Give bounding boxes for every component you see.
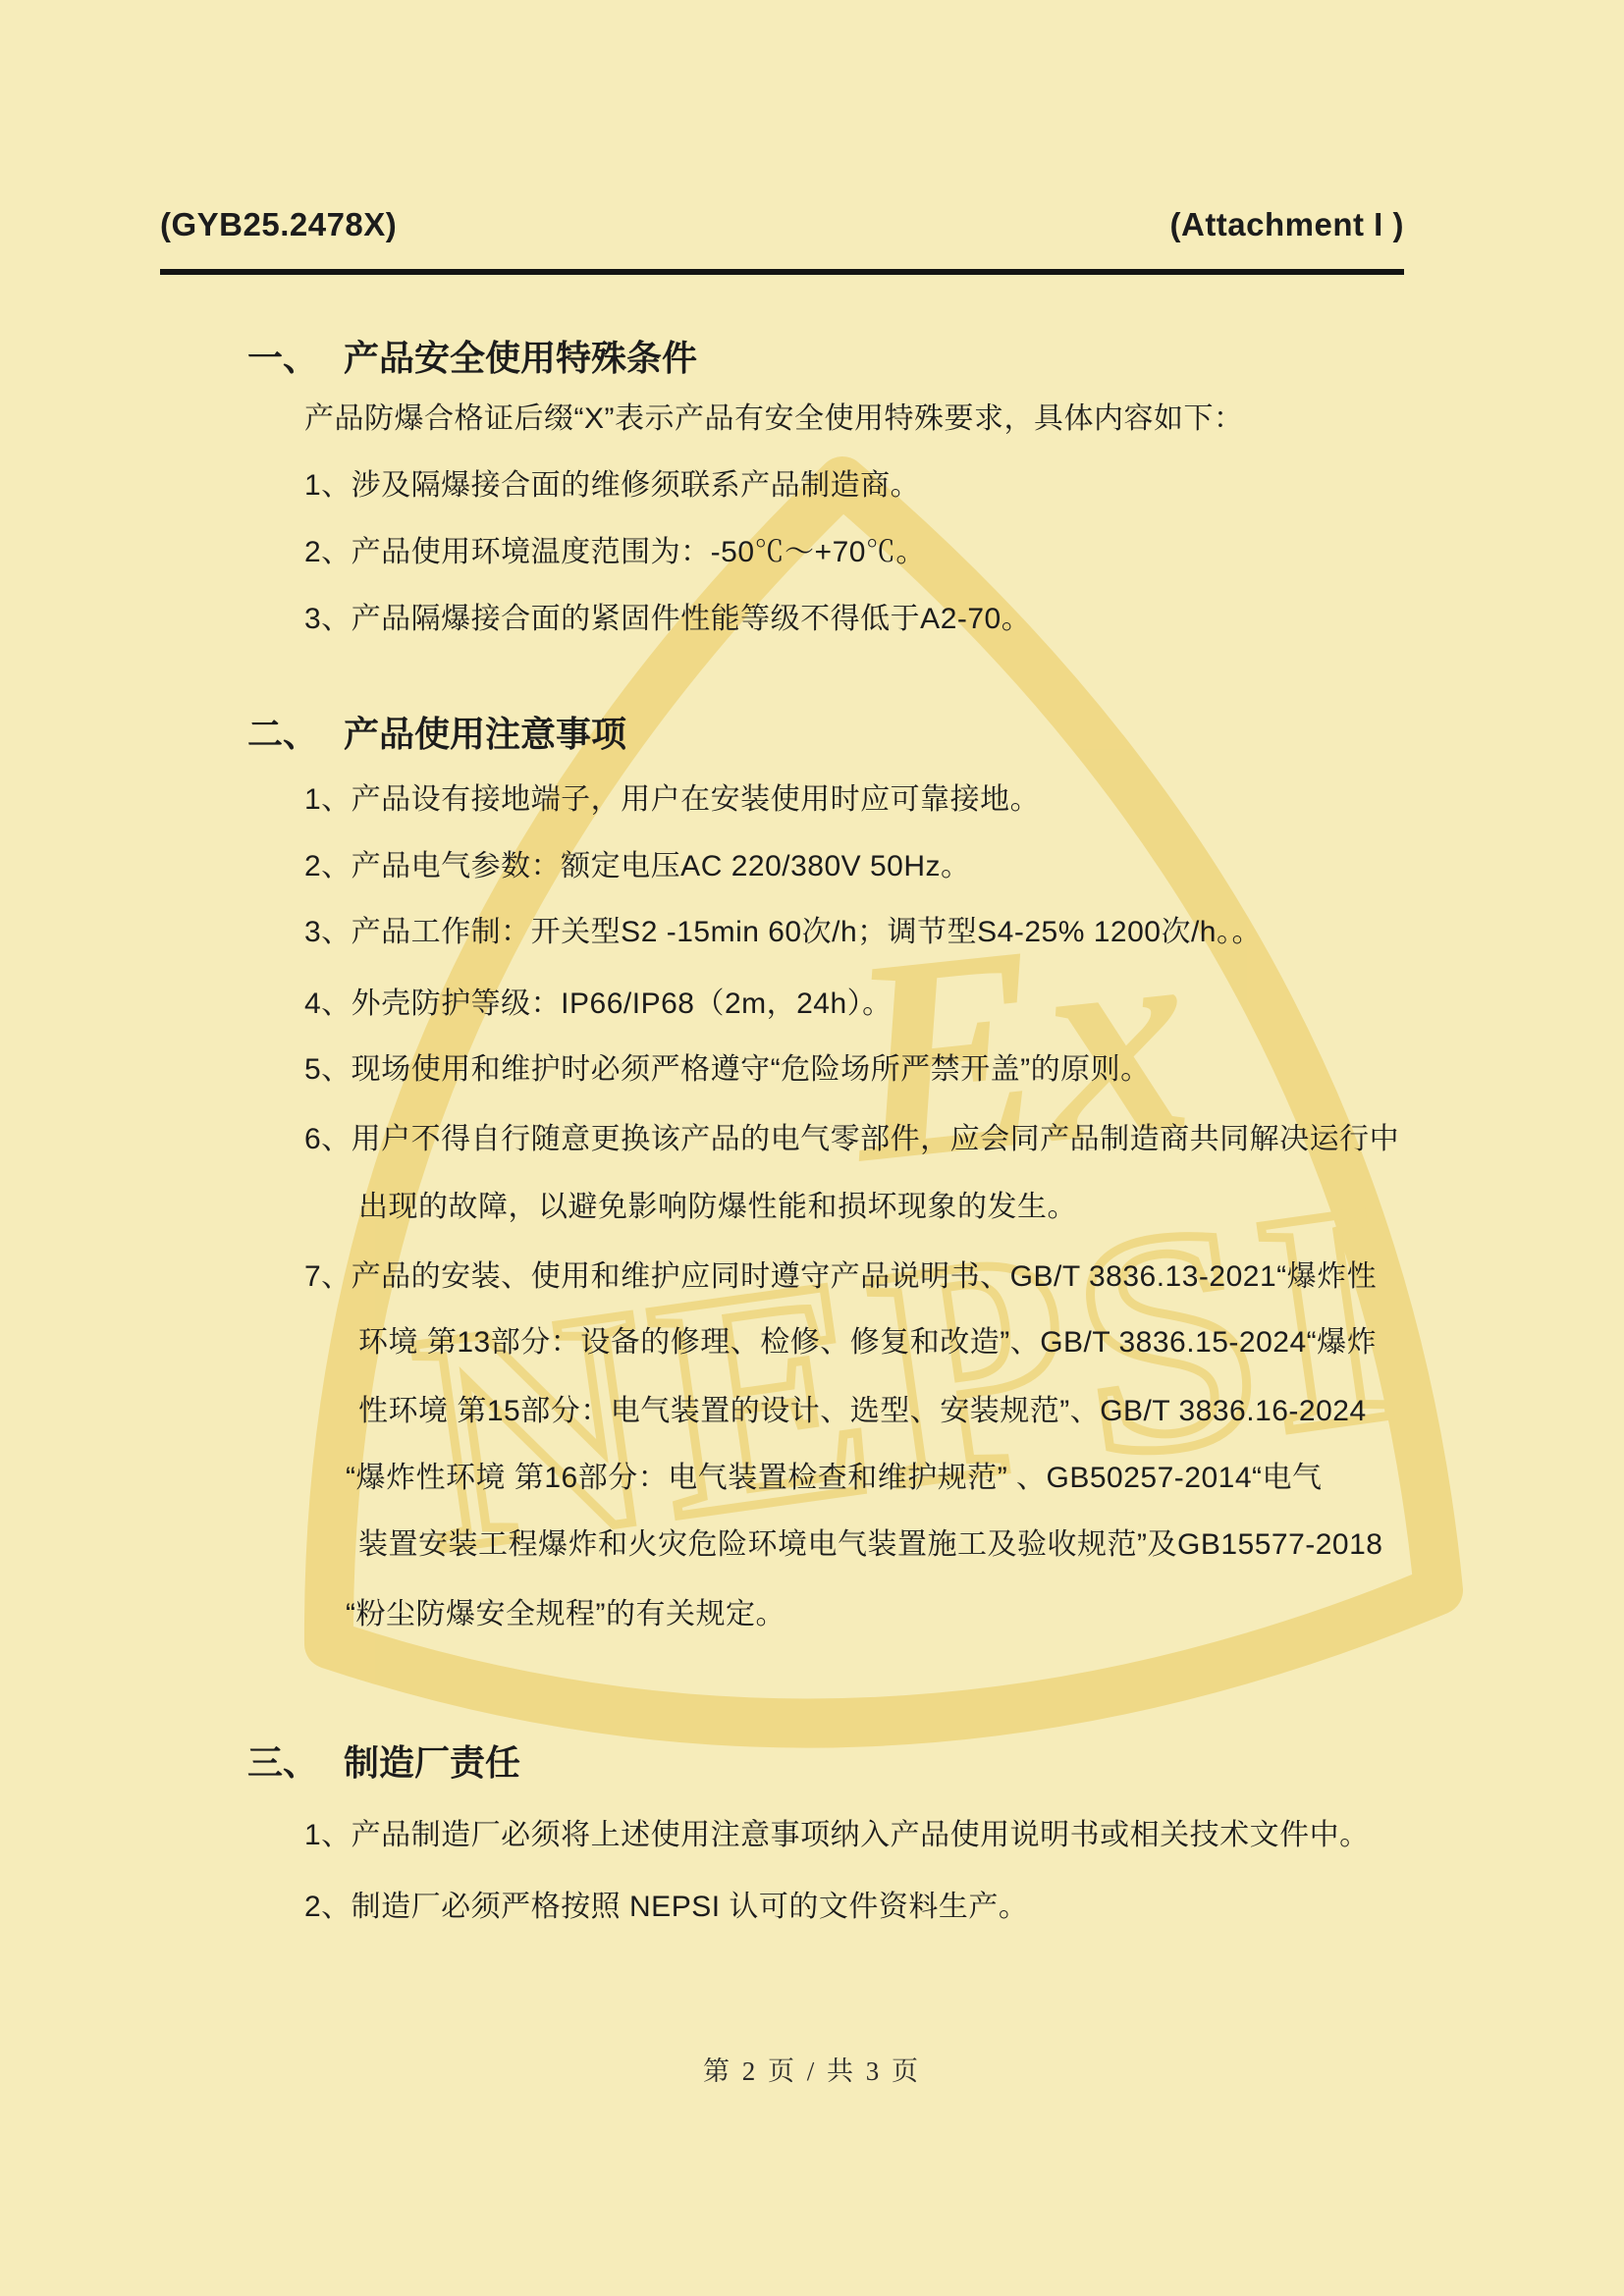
body-line: 2、产品使用环境温度范围为：-50℃～+70℃。	[304, 519, 926, 586]
body-line-continuation: 装置安装工程爆炸和火灾危险环境电气装置施工及验收规范”及GB15577-2018	[358, 1512, 1383, 1578]
body-line: 2、产品电气参数：额定电压AC 220/380V 50Hz。	[304, 833, 971, 900]
body-line: 7、产品的安装、使用和维护应同时遵守产品说明书、GB/T 3836.13-202…	[304, 1244, 1377, 1310]
body-line: 2、制造厂必须严格按照 NEPSI 认可的文件资料生产。	[304, 1874, 1028, 1941]
document-page: Ex NEPSI (GYB25.2478X) (Attachment I ) 一…	[0, 0, 1624, 2296]
section-1-intro: 产品防爆合格证后缀“X”表示产品有安全使用特殊要求，具体内容如下：	[304, 386, 1244, 453]
body-line: 4、外壳防护等级：IP66/IP68（2m，24h）。	[304, 971, 893, 1038]
body-line-continuation: “粉尘防爆安全规程”的有关规定。	[346, 1581, 785, 1648]
section-2-title: 产品使用注意事项	[344, 701, 626, 768]
header-rule	[160, 269, 1404, 275]
section-2-number: 二、	[247, 701, 318, 768]
section-3-number: 三、	[247, 1730, 318, 1796]
body-line: 1、涉及隔爆接合面的维修须联系产品制造商。	[304, 453, 920, 519]
section-1-title: 产品安全使用特殊条件	[344, 325, 697, 392]
body-line: 1、产品制造厂必须将上述使用注意事项纳入产品使用说明书或相关技术文件中。	[304, 1802, 1370, 1869]
section-3-heading: 三、 制造厂责任	[247, 1730, 520, 1796]
body-line: 6、用户不得自行随意更换该产品的电气零部件，应会同产品制造商共同解决运行中	[304, 1106, 1399, 1173]
body-line-continuation: “爆炸性环境 第16部分：电气装置检查和维护规范” 、GB50257-2014“…	[346, 1445, 1323, 1512]
doc-code: (GYB25.2478X)	[160, 206, 397, 243]
body-line-continuation: 出现的故障，以避免影响防爆性能和损坏现象的发生。	[358, 1174, 1077, 1241]
body-line: 1、产品设有接地端子，用户在安装使用时应可靠接地。	[304, 767, 1040, 833]
body-line: 5、现场使用和维护时必须严格遵守“危险场所严禁开盖”的原则。	[304, 1037, 1151, 1103]
section-2-heading: 二、 产品使用注意事项	[247, 701, 626, 768]
attachment-label: (Attachment I )	[1170, 206, 1405, 243]
body-line-continuation: 环境 第13部分：设备的修理、检修、修复和改造”、GB/T 3836.15-20…	[358, 1309, 1377, 1376]
section-1-number: 一、	[247, 325, 318, 392]
page-number: 第 2 页 / 共 3 页	[703, 2056, 921, 2086]
body-line: 3、产品隔爆接合面的紧固件性能等级不得低于A2-70。	[304, 586, 1031, 653]
section-1-heading: 一、 产品安全使用特殊条件	[247, 325, 697, 392]
body-line-continuation: 性环境 第15部分：电气装置的设计、选型、安装规范”、GB/T 3836.16-…	[358, 1378, 1367, 1445]
body-line: 3、产品工作制：开关型S2 -15min 60次/h；调节型S4-25% 120…	[304, 899, 1262, 966]
page-footer: 第 2 页 / 共 3 页	[0, 2038, 1624, 2105]
page-header: (GYB25.2478X) (Attachment I )	[160, 206, 1404, 243]
section-3-title: 制造厂责任	[344, 1730, 520, 1796]
